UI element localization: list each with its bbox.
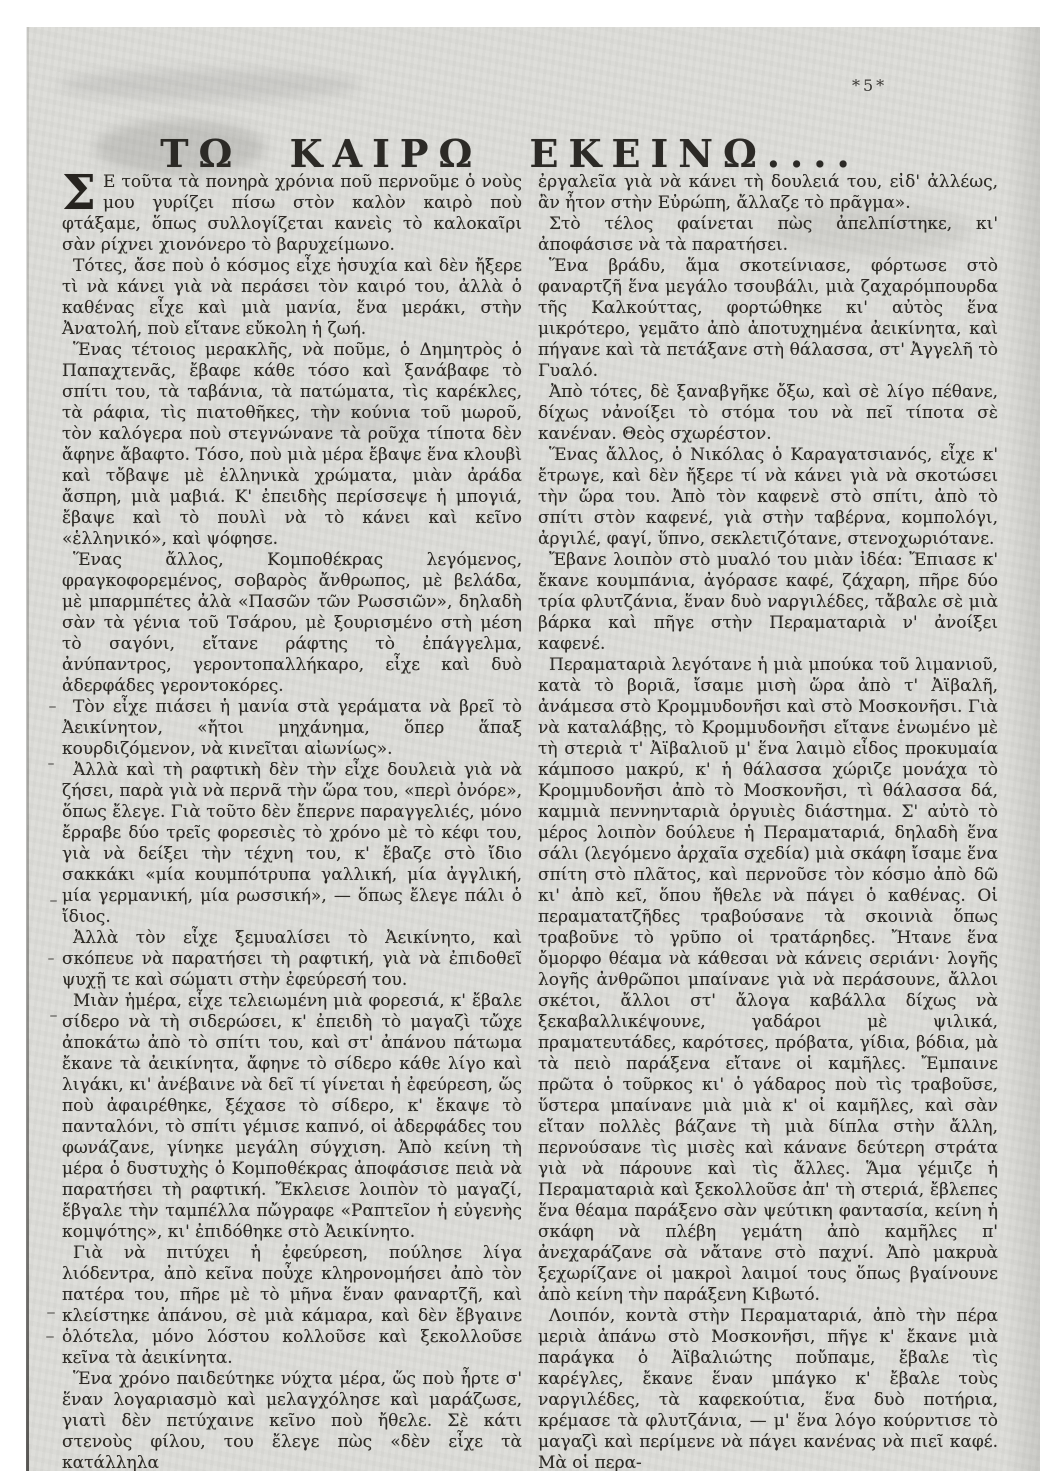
margin-mark [47, 1312, 55, 1314]
paragraph: Τότες, ἄσε ποὺ ὁ κόσμος εἶχε ἡσυχία καὶ … [62, 256, 522, 340]
page-number: *5* [852, 76, 887, 95]
paragraph: Ἕνας ἄλλος, ὁ Νικόλας ὁ Καραγατσιανός, ε… [538, 445, 998, 550]
paragraph: Ἀλλὰ τὸν εἶχε ξεμυαλίσει τὸ Ἀεικίνητο, κ… [62, 928, 522, 991]
paragraph-text: Ε τοῦτα τὰ πονηρὰ χρόνια ποῦ περνοῦμε ὁ … [62, 172, 522, 255]
paragraph: ἐργαλεῖα γιὰ νὰ κάνει τὴ δουλειά του, εἰ… [538, 172, 998, 214]
paragraph: Τὸν εἶχε πιάσει ἡ μανία στὰ γεράματα νὰ … [62, 697, 522, 760]
margin-mark [48, 763, 54, 765]
paragraph: Ἕνα βράδυ, ἅμα σκοτείνιασε, φόρτωσε στὸ … [538, 256, 998, 382]
text-columns: ΣΕ τοῦτα τὰ πονηρὰ χρόνια ποῦ περνοῦμε ὁ… [62, 172, 998, 1471]
paragraph: Ἕνα χρόνο παιδεύτηκε νύχτα μέρα, ὥς ποὺ … [62, 1369, 522, 1471]
page-edge-shadow [26, 27, 29, 1471]
paragraph: ΣΕ τοῦτα τὰ πονηρὰ χρόνια ποῦ περνοῦμε ὁ… [62, 172, 522, 256]
margin-mark [48, 958, 54, 960]
paragraph: Στὸ τέλος φαίνεται πὼς ἀπελπίστηκε, κι' … [538, 214, 998, 256]
paragraph: Ἀλλὰ καὶ τὴ ραφτικὴ δὲν τὴν εἶχε δουλειὰ… [62, 760, 522, 928]
paragraph: Ἀπὸ τότες, δὲ ξαναβγῆκε ὄξω, καὶ σὲ λίγο… [538, 382, 998, 445]
drop-cap: Σ [62, 172, 103, 211]
paragraph: Περαματαριὰ λεγότανε ἡ μιὰ μπούκα τοῦ λι… [538, 655, 998, 1306]
margin-mark [49, 706, 56, 708]
paragraph: Ἔβανε λοιπὸν στὸ μυαλό του μιὰν ἰδέα: Ἔπ… [538, 550, 998, 655]
margin-mark [46, 1336, 54, 1338]
paragraph: Ἕνας τέτοιος μερακλῆς, νὰ ποῦμε, ὁ Δημητ… [62, 340, 522, 550]
paragraph: Λοιπόν, κοντὰ στὴν Περαματαριά, ἀπὸ τὴν … [538, 1306, 998, 1471]
page-right-shade [1006, 27, 1040, 1471]
paragraph: Γιὰ νὰ πιτύχει ἡ ἐφεύρεση, πούλησε λίγα … [62, 1243, 522, 1369]
paragraph: Ἕνας ἄλλος, Κομποθέκρας λεγόμενος, φραγκ… [62, 550, 522, 697]
column-right: ἐργαλεῖα γιὰ νὰ κάνει τὴ δουλειά του, εἰ… [538, 172, 998, 1471]
margin-mark [50, 900, 57, 902]
column-left: ΣΕ τοῦτα τὰ πονηρὰ χρόνια ποῦ περνοῦμε ὁ… [62, 172, 522, 1471]
page-title: ΤΩ ΚΑΙΡΩ ΕΚΕΙΝΩ.... [40, 131, 980, 176]
paragraph: Μιὰν ἡμέρα, εἶχε τελειωμένη μιὰ φορεσιά,… [62, 991, 522, 1243]
margin-mark [50, 1015, 57, 1017]
scan-smudge [60, 70, 360, 100]
